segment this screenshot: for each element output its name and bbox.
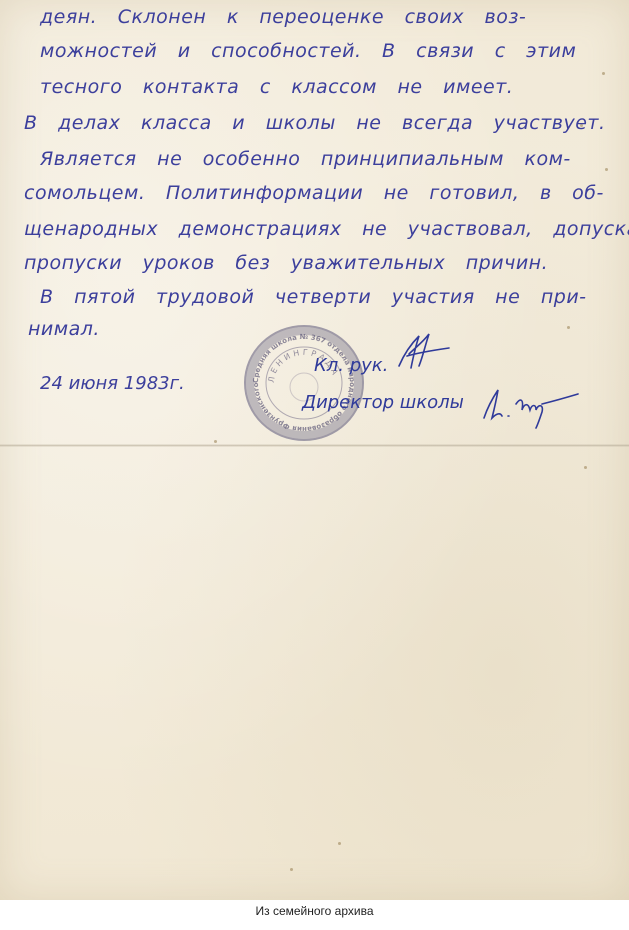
- paper-fold-crease: [0, 444, 629, 447]
- handwritten-line: тесного контакта с классом не имеет.: [40, 76, 513, 98]
- svg-text:Средняя школа № 367 отдела нар: Средняя школа № 367 отдела народного обр…: [246, 327, 356, 433]
- stamp-outer-text: Средняя школа № 367 отдела народного обр…: [246, 327, 356, 433]
- handwritten-line: В делах класса и школы не всегда участву…: [24, 112, 606, 134]
- handwritten-line: В пятой трудовой четверти участия не при…: [40, 286, 587, 308]
- document-paper: деян. Склонен к переоценке своих воз- мо…: [0, 0, 629, 900]
- paper-speck: [602, 72, 605, 75]
- director-signature: [478, 380, 588, 430]
- paper-speck: [290, 868, 293, 871]
- paper-speck: [584, 466, 587, 469]
- paper-speck: [567, 326, 570, 329]
- paper-speck: [338, 842, 341, 845]
- handwritten-line: нимал.: [28, 318, 100, 340]
- handwritten-line: сомольцем. Политинформации не готовил, в…: [24, 182, 604, 204]
- handwritten-line: щенародных демонстрациях не участвовал, …: [24, 218, 629, 240]
- round-stamp: Средняя школа № 367 отдела народного обр…: [244, 325, 364, 441]
- director-label: Директор школы: [302, 392, 464, 413]
- handwritten-line: Является не особенно принципиальным ком-: [40, 148, 571, 170]
- handwritten-line: пропуски уроков без уважительных причин.: [24, 252, 548, 274]
- image-caption: Из семейного архива: [0, 904, 629, 918]
- class-teacher-signature: [395, 330, 455, 375]
- paper-speck: [605, 168, 608, 171]
- handwritten-line: деян. Склонен к переоценке своих воз-: [40, 6, 526, 28]
- document-date: 24 июня 1983г.: [40, 373, 185, 394]
- paper-speck: [214, 440, 217, 443]
- stamp-icon: Средняя школа № 367 отдела народного обр…: [246, 327, 362, 439]
- class-teacher-label: Кл. рук.: [314, 355, 388, 376]
- handwritten-line: можностей и способностей. В связи с этим: [40, 40, 576, 62]
